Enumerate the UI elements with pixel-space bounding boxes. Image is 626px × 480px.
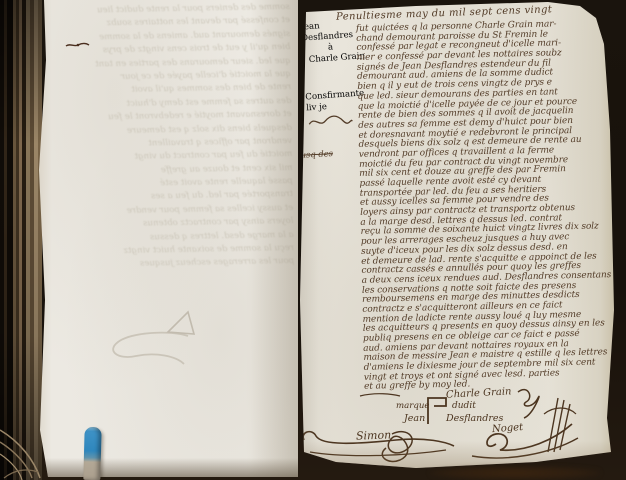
manuscript-line: passé laquelle rente avoit esté cy devan… [359,173,611,188]
bleedthrough-line: pour les arrerages escheuz jusques [62,256,294,273]
pencil-triangle-mark [76,306,206,376]
manuscript-scan: somme des deniers pour la rente dudict l… [0,0,626,480]
book-binding-edge [0,0,42,480]
grain-paraphe-icon [518,390,539,418]
margin-note-1: Consfirmante [305,87,378,103]
signature-marque-label: marque [396,401,430,411]
manuscript-line: les conservations q notte soit faicte de… [362,280,614,295]
bleedthrough-line: que led. sieur demourans des parties en … [59,56,291,73]
act-date-heading: Penultiesme may du mil sept cens vingt [336,4,553,23]
manuscript-line: d'amiens le dixiesme jour de septembre m… [364,357,616,372]
bleedthrough-line: et doresnavant moytié e redebvront le fe… [60,109,292,126]
manuscript-line: que led. sieur demourans des parties en … [357,86,609,101]
bleedthrough-line: loyers ainsy par contractz obtenus [61,216,293,233]
noget-flourish-icon [487,424,572,450]
signature-dudit: dudit [452,401,476,411]
simon-flourish-icon [303,432,454,446]
manuscript-line: publiq presens en ce obleige car ce faic… [363,328,615,343]
margin-notes: Jean Desflandres à Charle Grain Consfirm… [300,18,380,135]
bleedthrough-line: transportée par led. du feu a ses [61,189,293,206]
manuscript-line: moictié du feu par contract du vingt nov… [359,154,611,169]
margin-party-2: Charle Grain [308,51,375,67]
bleedthrough-line: desquels biens dix solz q est demeure [60,122,292,139]
manuscript-line: a la marge desd. lettres q dessus led. c… [360,212,612,227]
bleedthrough-line: signés demourant aud. amiens de la somme [58,29,290,46]
bleedthrough-line: reçu la somme de soixante huict vingtz [62,243,294,260]
pencil-s-mark [113,333,188,364]
right-manuscript-page: Penultiesme may du mil sept cens vingt J… [296,0,620,474]
bleedthrough-line: vendront par offices q travaillent [60,136,292,153]
manuscript-line: suyte d'iceux pour les dix solz dessus d… [361,241,613,256]
bleedthrough-line: passé laquelle rente avoit esté [61,176,293,193]
manuscript-line: a deux cens iceux rendues aud. Desflandr… [362,270,614,285]
margin-note-2: liv je [306,98,379,114]
manuscript-line: maison de messire Jean e maistre q estil… [363,347,615,362]
manuscript-line: reçu la somme de soixante huict vingtz l… [360,222,612,237]
manuscript-line: et au greffe by moy led. [364,377,616,392]
desflandres-merchant-mark-icon [428,398,446,424]
bleedthrough-line: somme des deniers pour la rente dudict l… [58,2,290,19]
signature-desflandres: Desflandres [446,413,503,424]
manuscript-line: contractz cassés e annullés pour quoy le… [361,260,613,275]
margin-party-1: Jean Desflandres [300,18,373,45]
bleedthrough-line: rente de bien des sommes qu'il avoit [59,82,291,99]
ink-speck-mark [64,38,90,52]
signature-jean: Jean [404,413,425,424]
signature-simon: Simon [356,428,392,442]
manuscript-line: mil six cent et douze au greffe des par … [359,163,611,178]
manuscript-line: bien q il y eut de trois cens vingtz de … [357,76,609,91]
signature-flourishes [296,0,620,474]
signature-noget: Noget [492,422,524,435]
bleedthrough-line: mil six cent et douze au greffe [60,163,292,180]
manuscript-line: fut quictées q la personne Charle Grain … [356,18,608,33]
manuscript-line: et aussy icelles sa femme pour vendre de… [360,193,612,208]
manuscript-line: que la moictié d'icelle payée de ce jour… [358,96,610,111]
bottom-edge-shadow [430,466,600,480]
bleedthrough-line: que la moictié d'icelle payée de ce jour [59,69,291,86]
manuscript-line: vendront par offices q travaillent a la … [359,144,611,159]
bleedthrough-line: des autres sa femme est demy d'huict [59,96,291,113]
manuscript-line: et demeure de lad. rente s'acquitte e ap… [361,251,613,266]
bleedthrough-line: a la marge desd. lettres q dessus [62,230,294,247]
manuscript-line: aud. amiens par devant nottaires royaux … [363,338,615,353]
margin-note-struck: jusq des [298,148,333,160]
act-body-text: fut quictées q la personne Charle Grain … [356,18,616,392]
manuscript-line: mention de ladicte rente aussy loué q lu… [362,309,614,324]
bleedthrough-line: bien qu'il y eut de trois cens vingtz de… [58,42,290,59]
bleedthrough-line: moictié du feu par contract du vingt [60,149,292,166]
margin-paraphe-icon [307,111,354,130]
signature-charle-grain: Charle Grain [446,386,512,400]
manuscript-line: signés de Jean Desflandres estendeur du … [357,57,609,72]
manuscript-line: les acquitteurs q presents en quoy dessu… [363,318,615,333]
manuscript-line: demourant aud. amiens de la somme dudict [357,67,609,82]
manuscript-line: transportée par led. du feu a ses heriti… [360,183,612,198]
left-blank-page: somme des deniers pour la rente dudict l… [36,0,298,477]
manuscript-line: vingt et troys et ont signé avec lesd. p… [364,367,616,382]
bleedthrough-text: somme des deniers pour la rente dudict l… [58,2,295,274]
manuscript-line: remboursemens en marge des minuttes desd… [362,289,614,304]
bleedthrough-line: et confessé par devant les nottaires sou… [58,15,290,32]
manuscript-line: chand demourant paroisse du St Fremin le [356,28,608,43]
manuscript-line: des autres sa femme est demy d'huict pou… [358,115,610,130]
margin-link: à [328,40,375,54]
manuscript-line: pour les arrerages escheuz jusques a huy… [361,231,613,246]
manuscript-line: loyers ainsy par contractz et transportz… [360,202,612,217]
manuscript-line: desquels biens dix solz q est demeure de… [358,134,610,149]
bleedthrough-line: et aussy icelles sa femme pour vendre [61,203,293,220]
manuscript-line: et doresnavant moytié e redebvront le pr… [358,125,610,140]
manuscript-line: confessé par legat e recongneut d'icelle… [356,38,608,53]
manuscript-line: rente de bien des sommes q il avoit de j… [358,105,610,120]
blue-page-weight [83,427,101,480]
manuscript-line: nier e confessé par devant les nottaires… [357,47,609,62]
manuscript-line: contractz e s'acquitteront ailleurs en c… [362,299,614,314]
